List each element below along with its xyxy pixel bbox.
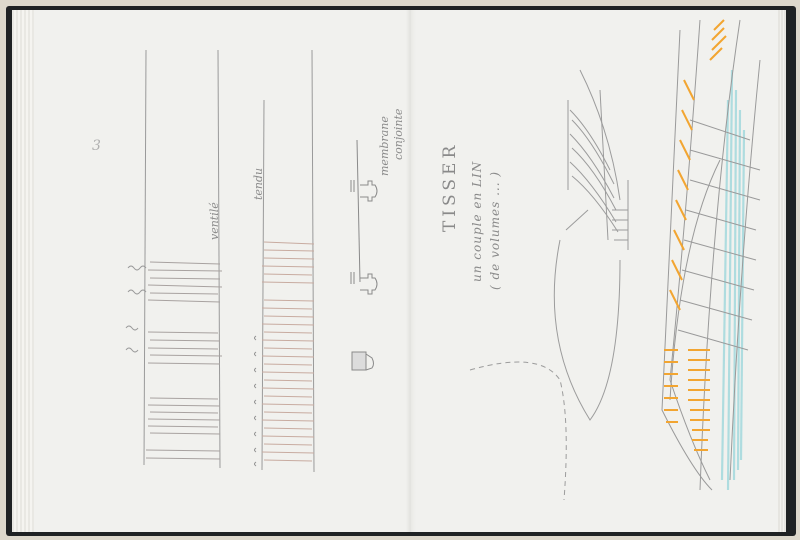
label-membrane: membrane	[378, 116, 391, 176]
title-tisser: TISSER	[440, 142, 460, 232]
note-volumes: ( de volumes ... )	[488, 171, 502, 290]
label-conjointe: conjointe	[392, 109, 405, 160]
fabric-column-ventile	[126, 50, 222, 468]
label-tendu: tendu	[252, 168, 265, 200]
woven-form-color-sketch	[662, 20, 760, 490]
label-ventile: ventilé	[208, 202, 221, 240]
note-couple-lin: un couple en LIN	[470, 161, 484, 282]
page-number-mark: 3	[92, 138, 101, 154]
fabric-column-tendu	[255, 50, 315, 472]
membrane-detail-sketch	[351, 140, 377, 370]
sketch-drawings	[0, 0, 800, 540]
